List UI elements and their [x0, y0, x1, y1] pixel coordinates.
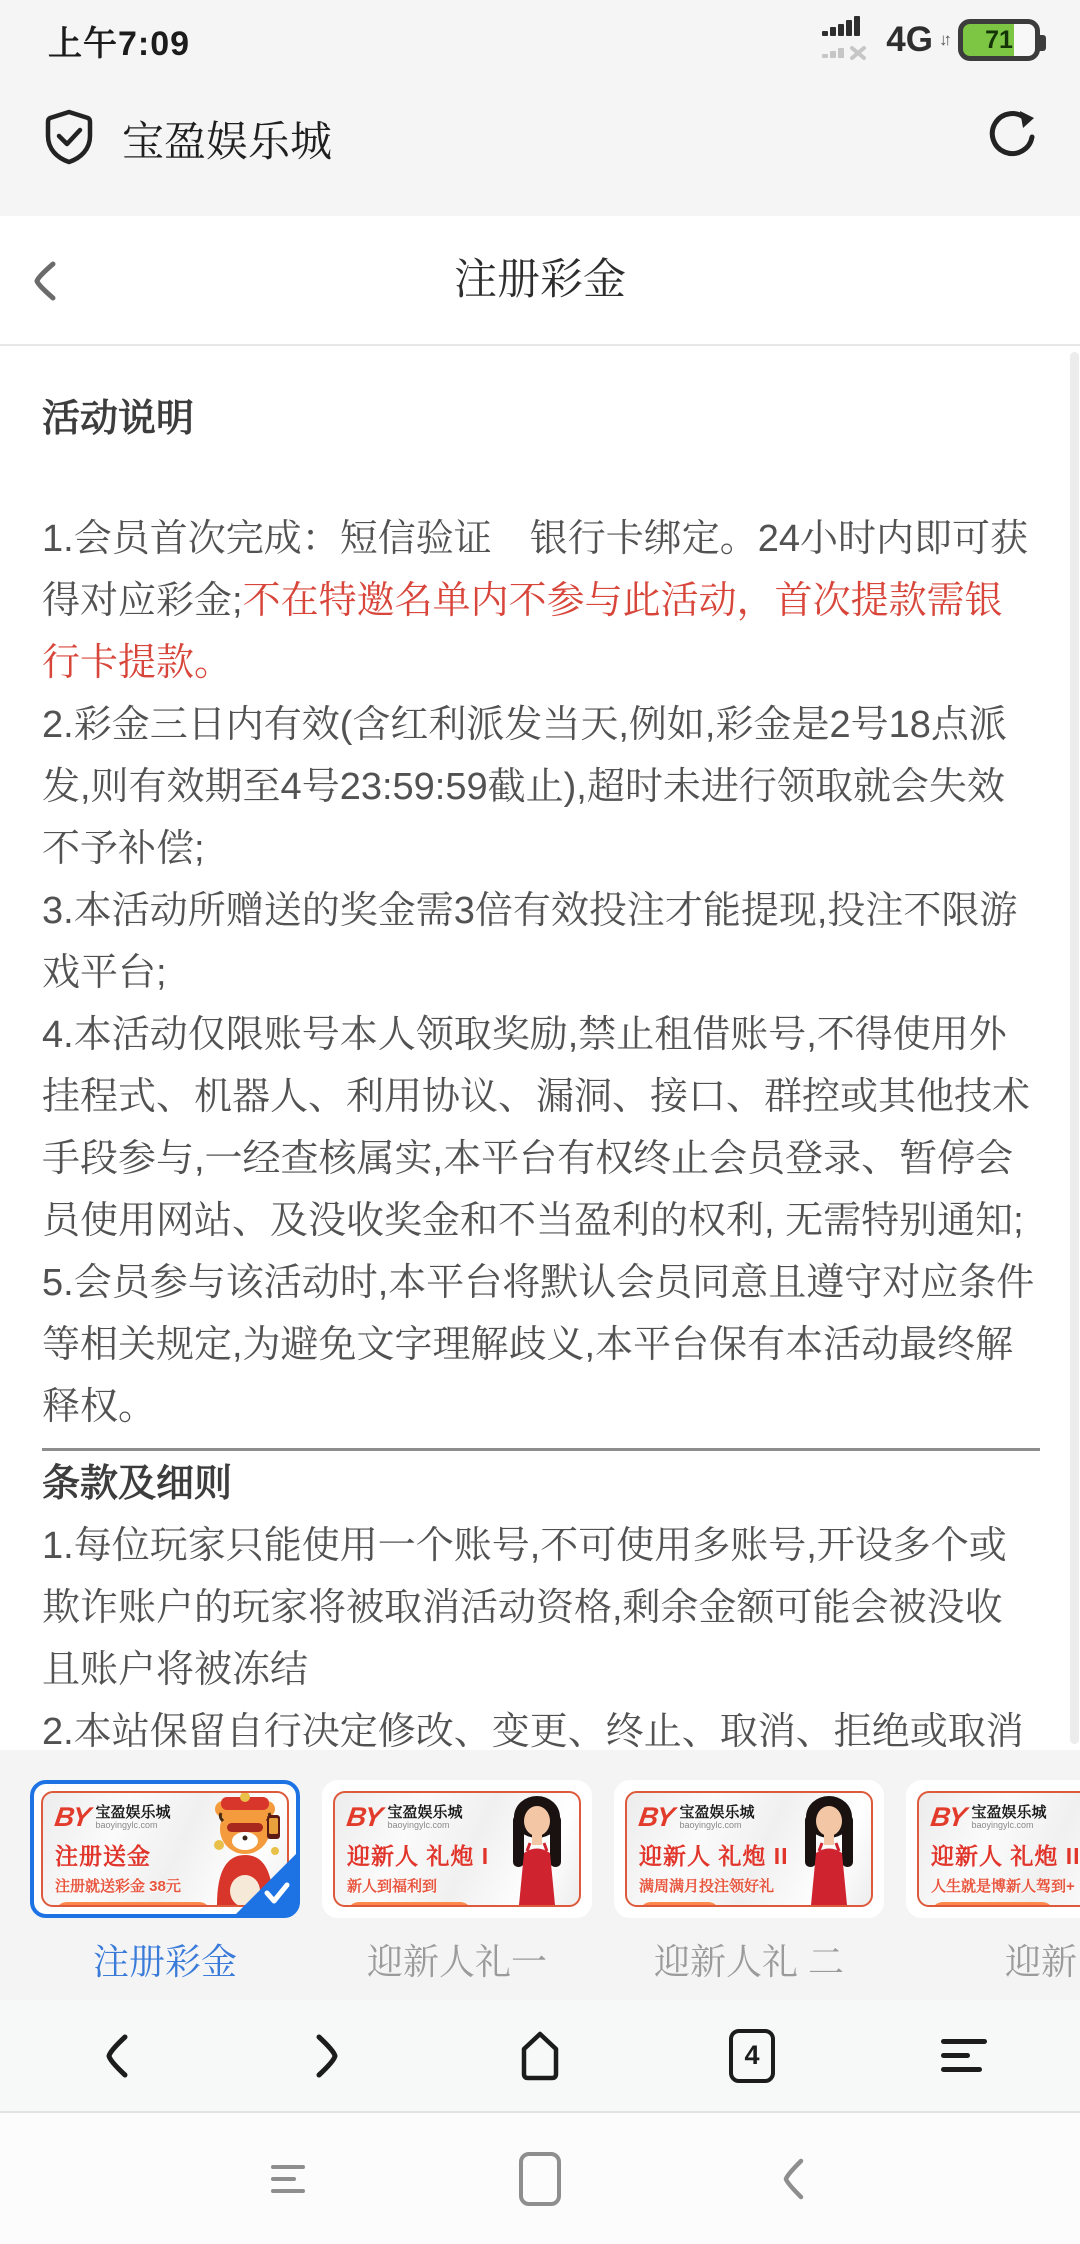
rule-item: 4.本活动仅限账号本人领取奖励,禁止租借账号,不得使用外挂程式、机器人、利用协议… — [42, 1004, 1040, 1252]
brand-name: 宝盈娱乐城 — [972, 1805, 1047, 1821]
promo-banner: BY 宝盈娱乐城 baoyingylc.com 迎新人 礼炮 I 新人到福利到 … — [333, 1791, 581, 1907]
browser-nav-bar: 4 — [0, 2000, 1080, 2113]
system-home-icon — [519, 2152, 561, 2206]
vertical-scrollbar[interactable] — [1070, 352, 1079, 1744]
promo-card-label[interactable]: 注册彩金 — [30, 1934, 300, 1985]
battery-level: 71 — [985, 26, 1013, 55]
brand-name: 宝盈娱乐城 — [680, 1805, 755, 1821]
rule-item: 5.会员参与该活动时,本平台将默认会员同意且遵守对应条件等相关规定,为避免文字理… — [42, 1252, 1040, 1438]
promo-card-label[interactable]: 迎新人礼 二 — [614, 1934, 884, 1985]
network-type-label: 4G — [886, 20, 933, 60]
browser-menu-button[interactable] — [934, 2021, 994, 2091]
banner-subtitle: 人生就是博新人驾到+ — [931, 1875, 1080, 1896]
browser-forward-button[interactable] — [298, 2021, 358, 2091]
status-bar: 上午7:09 — [0, 0, 1080, 64]
system-menu-icon — [271, 2165, 305, 2193]
by-logo-icon: BY — [929, 1802, 967, 1833]
by-logo-icon: BY — [345, 1802, 383, 1833]
rule-item: 2.彩金三日内有效(含红利派发当天,例如,彩金是2号18点派发,则有效期至4号2… — [42, 694, 1040, 880]
browser-home-button[interactable] — [510, 2021, 570, 2091]
brand-domain: baoyingylc.com — [388, 1821, 463, 1830]
tab-count-badge: 4 — [729, 2029, 775, 2083]
brand-name: 宝盈娱乐城 — [96, 1805, 171, 1821]
page-title: 注册彩金 — [0, 216, 1080, 344]
promo-banner-thumbnail[interactable]: BY 宝盈娱乐城 baoyingylc.com 迎新人 礼炮 II 人生就是博新… — [906, 1780, 1080, 1918]
brand-domain: baoyingylc.com — [680, 1821, 755, 1830]
model-image — [497, 1793, 577, 1905]
promo-card-label[interactable]: 迎新 — [906, 1934, 1080, 1985]
promo-carousel: BY 宝盈娱乐城 baoyingylc.com 注册送金 注册就送彩金 38元 … — [0, 1750, 1080, 2000]
system-back-button[interactable] — [762, 2144, 822, 2214]
rule-item: 3.本活动所赠送的奖金需3倍有效投注才能提现,投注不限游戏平台; — [42, 880, 1040, 1004]
top-header-block: 上午7:09 — [0, 0, 1080, 216]
brand-logo-row: BY 宝盈娱乐城 baoyingylc.com — [931, 1802, 1080, 1833]
brand-name: 宝盈娱乐城 — [388, 1805, 463, 1821]
site-title: 宝盈娱乐城 — [122, 109, 332, 169]
promo-terms-content: 活动说明 1.会员首次完成：短信验证 银行卡绑定。24小时内即可获得对应彩金;不… — [0, 346, 1080, 1750]
menu-icon — [941, 2039, 987, 2072]
page-back-button[interactable] — [26, 258, 62, 309]
system-nav-bar — [0, 2113, 1080, 2244]
banner-offer-pill: 无论输赢皆可领好礼 — [931, 1902, 1054, 1907]
by-logo-icon: BY — [53, 1802, 91, 1833]
promo-banner-thumbnail[interactable]: BY 宝盈娱乐城 baoyingylc.com 迎新人 礼炮 I 新人到福利到 … — [322, 1780, 592, 1918]
system-menu-button[interactable] — [258, 2144, 318, 2214]
section-divider — [42, 1448, 1040, 1451]
promo-card[interactable]: BY 宝盈娱乐城 baoyingylc.com 迎新人 礼炮 II 人生就是博新… — [906, 1780, 1080, 1985]
activity-rules-list: 1.会员首次完成：短信验证 银行卡绑定。24小时内即可获得对应彩金;不在特邀名单… — [42, 508, 1040, 1438]
rule-item: 1.每位玩家只能使用一个账号,不可使用多账号,开设多个或欺诈账户的玩家将被取消活… — [42, 1515, 1040, 1701]
promo-banner: BY 宝盈娱乐城 baoyingylc.com 迎新人 礼炮 II 满周满月投注… — [625, 1791, 873, 1907]
promo-card[interactable]: BY 宝盈娱乐城 baoyingylc.com 迎新人 礼炮 I 新人到福利到 … — [322, 1780, 592, 1985]
browser-back-button[interactable] — [86, 2021, 146, 2091]
page-titlebar: 注册彩金 — [0, 216, 1080, 346]
app-header: 宝盈娱乐城 — [0, 64, 1080, 214]
section-title-terms: 条款及细则 — [42, 1453, 1040, 1515]
banner-offer-pill: 最高8888元首存红利 — [347, 1902, 472, 1907]
promo-card[interactable]: BY 宝盈娱乐城 baoyingylc.com 注册送金 注册就送彩金 38元 … — [30, 1780, 300, 1985]
section-title-activity: 活动说明 — [42, 388, 1040, 450]
shield-check-icon — [42, 108, 96, 171]
banner-offer-pill: 高达6888元 — [639, 1902, 720, 1907]
model-image — [789, 1793, 869, 1905]
signal-strength-icon — [820, 16, 876, 65]
promo-banner-thumbnail[interactable]: BY 宝盈娱乐城 baoyingylc.com 注册送金 注册就送彩金 38元 … — [30, 1780, 300, 1918]
system-home-button[interactable] — [510, 2144, 570, 2214]
brand-domain: baoyingylc.com — [96, 1821, 171, 1830]
promo-card-label[interactable]: 迎新人礼一 — [322, 1934, 592, 1985]
promo-banner-thumbnail[interactable]: BY 宝盈娱乐城 baoyingylc.com 迎新人 礼炮 II 满周满月投注… — [614, 1780, 884, 1918]
promo-banner: BY 宝盈娱乐城 baoyingylc.com 迎新人 礼炮 II 人生就是博新… — [917, 1791, 1080, 1907]
by-logo-icon: BY — [637, 1802, 675, 1833]
battery-icon: 71 — [958, 19, 1040, 61]
banner-title: 迎新人 礼炮 II — [931, 1838, 1080, 1871]
rule-item: 1.会员首次完成：短信验证 银行卡绑定。24小时内即可获得对应彩金;不在特邀名单… — [42, 508, 1040, 694]
promo-carousel-track: BY 宝盈娱乐城 baoyingylc.com 注册送金 注册就送彩金 38元 … — [0, 1750, 1080, 1985]
banner-offer-pill: 稳赢不怕输，补贴不停歇！ — [55, 1902, 211, 1907]
data-activity-icon: ↓↑ — [939, 30, 948, 50]
browser-tabs-button[interactable]: 4 — [722, 2021, 782, 2091]
promo-banner: BY 宝盈娱乐城 baoyingylc.com 注册送金 注册就送彩金 38元 … — [41, 1791, 289, 1907]
status-time: 上午7:09 — [48, 16, 190, 65]
refresh-button[interactable] — [986, 109, 1038, 170]
promo-card[interactable]: BY 宝盈娱乐城 baoyingylc.com 迎新人 礼炮 II 满周满月投注… — [614, 1780, 884, 1985]
brand-domain: baoyingylc.com — [972, 1821, 1047, 1830]
